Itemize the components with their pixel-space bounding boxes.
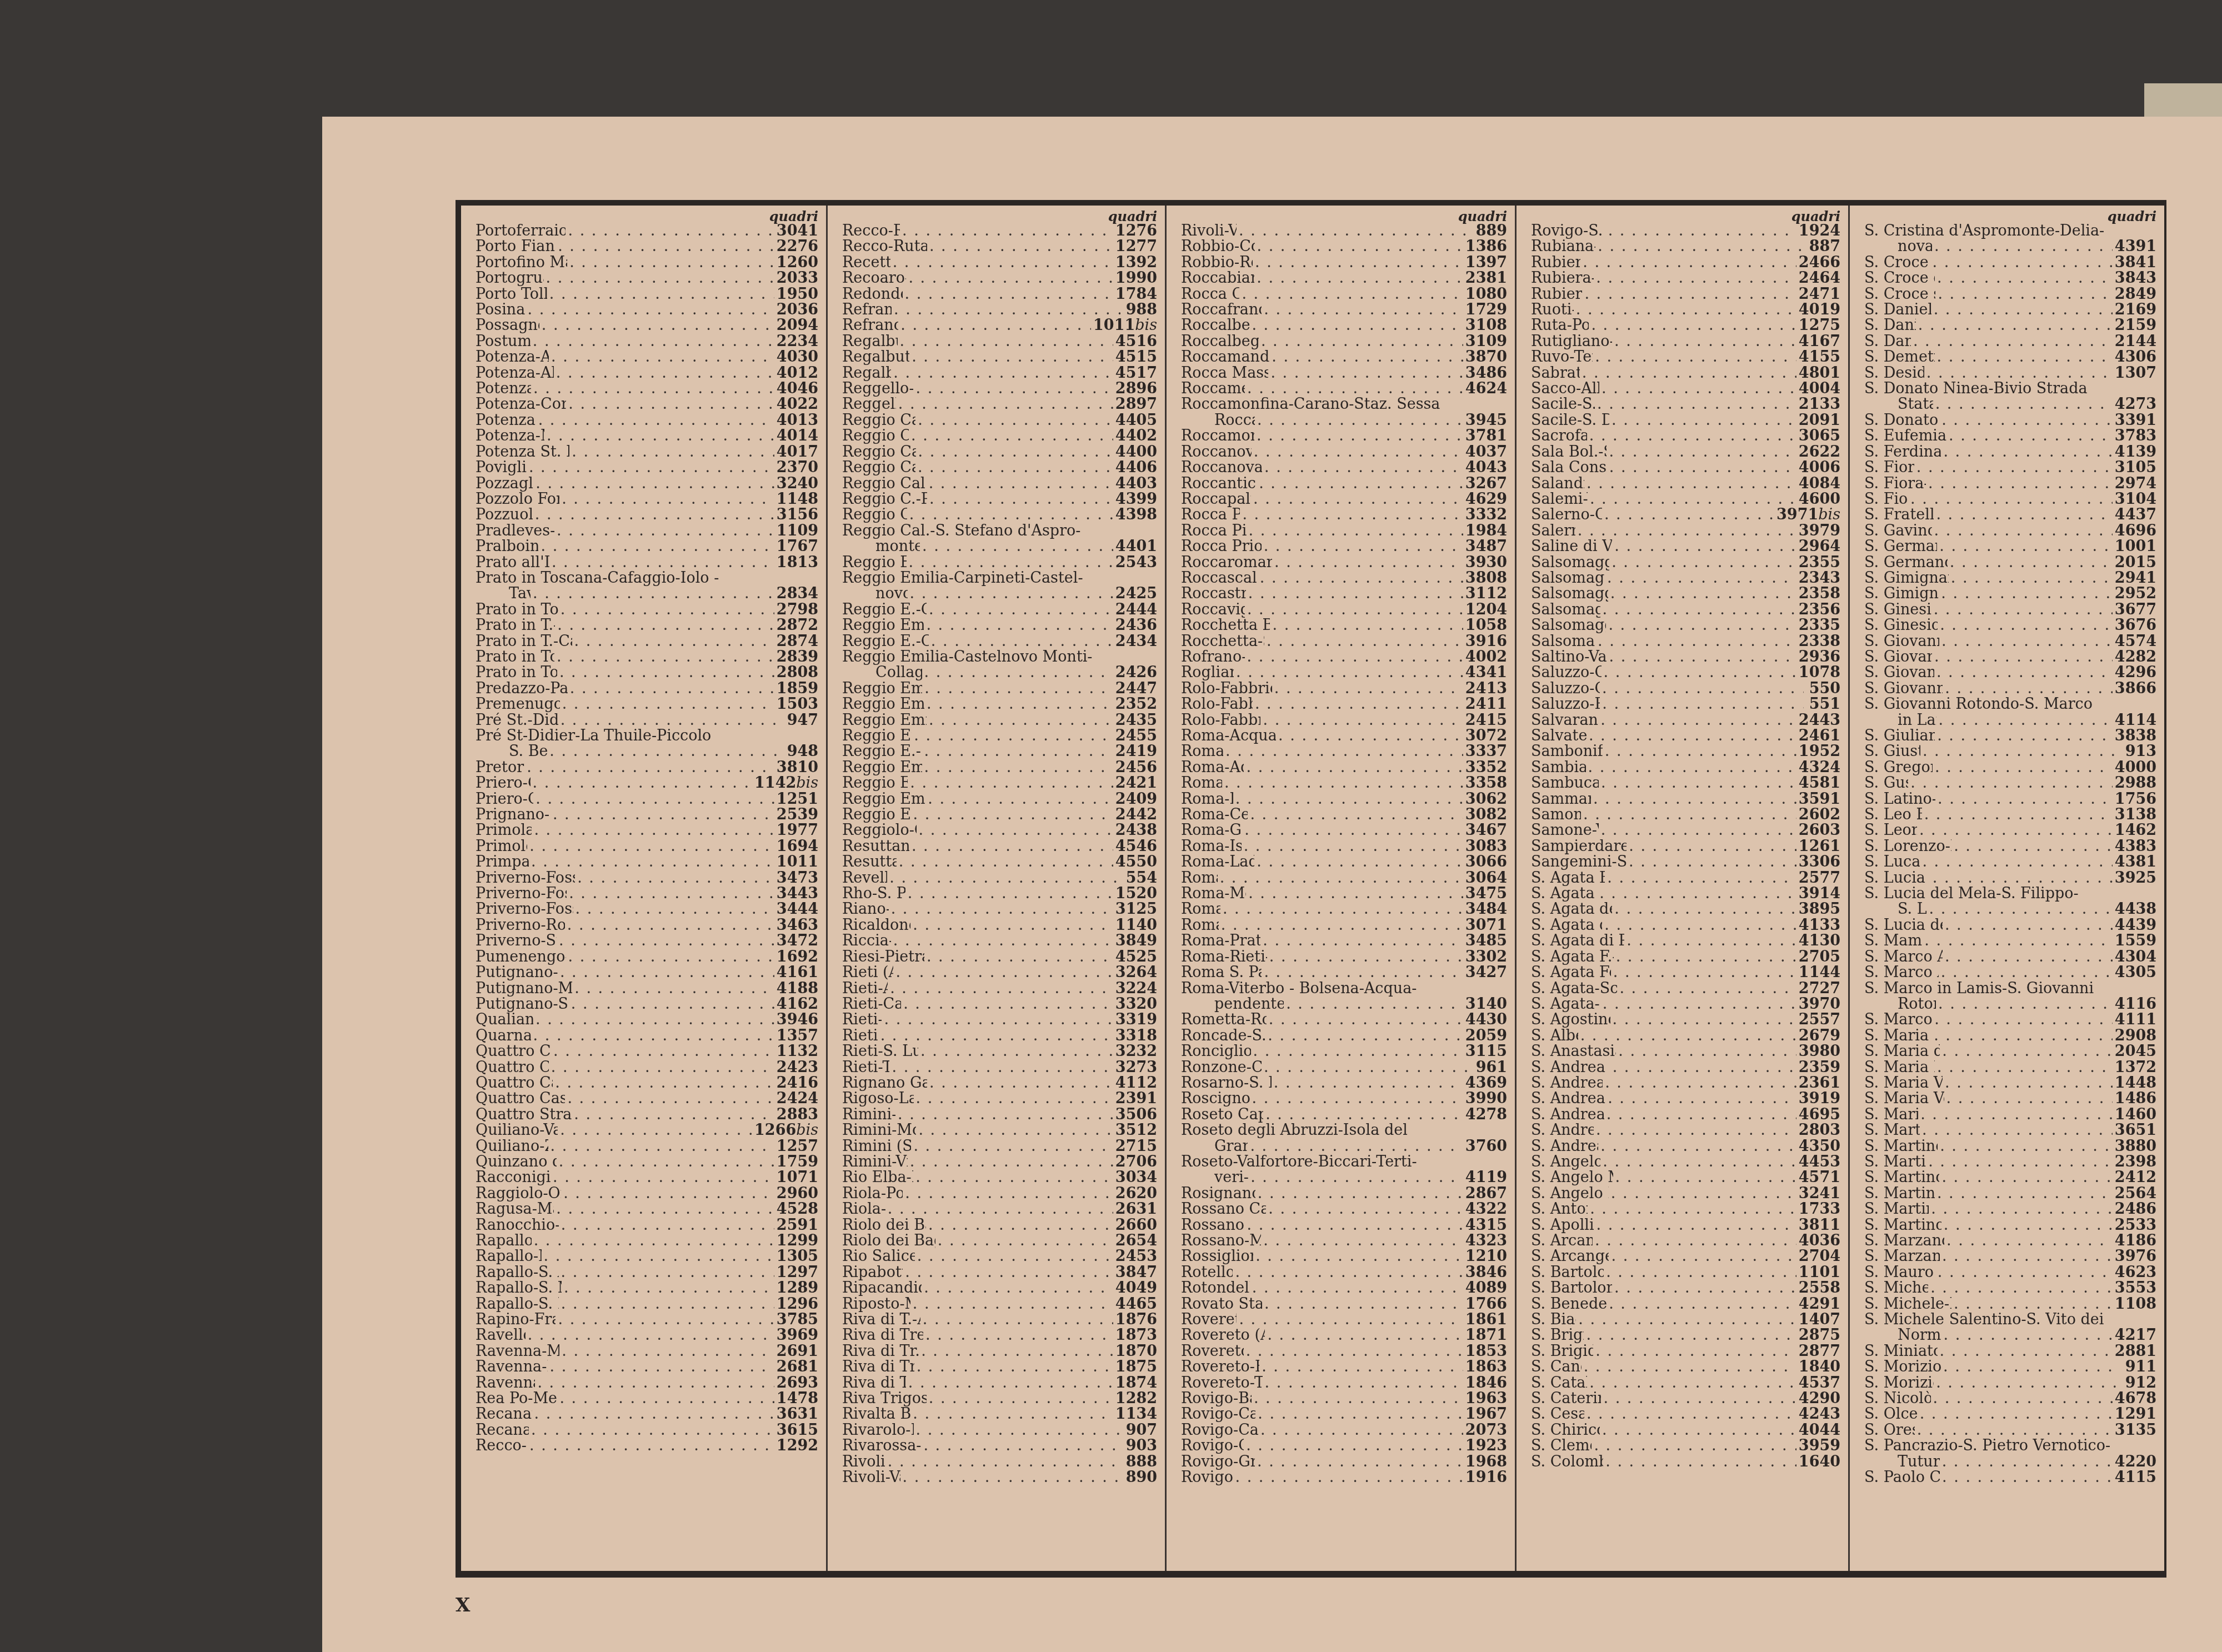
dot-leader	[1604, 665, 1796, 680]
index-entry: S. Giovanni in Fiore-Cariati4282	[1864, 649, 2156, 665]
dot-leader	[553, 807, 774, 823]
table-number-value: 1078	[1799, 664, 1840, 681]
index-entry: Tavola2834	[476, 586, 818, 602]
table-number-value: 3332	[1465, 506, 1507, 523]
dot-leader	[917, 1249, 1113, 1264]
entry-route-name: S. Antonio-Bagolino	[1531, 1202, 1588, 1217]
index-entry: Prato in T.-Campi Bisenzio2872	[476, 618, 818, 633]
dot-leader	[898, 1107, 1113, 1123]
table-number-value: 2681	[777, 1358, 818, 1375]
entry-route-name: Portofino Mare-S. Margherita L.	[476, 255, 567, 271]
index-entry: Rovigo-Capitello-Villadose1967	[1181, 1406, 1507, 1422]
table-number-value: 3651	[2115, 1122, 2156, 1139]
entry-route-name: Poviglio-Parma	[476, 460, 527, 475]
index-entry: S. Chirico Nuovo-Potenza4044	[1531, 1423, 1840, 1438]
index-entry: Salandra-Stazione4084	[1531, 476, 1840, 492]
dot-leader	[1220, 870, 1463, 886]
entry-route-name: Rossano-Longobucco	[1181, 1218, 1245, 1233]
entry-table-number: 2808	[777, 665, 818, 680]
index-entry: Reggio Emilia-Monticelli Terme2352	[842, 697, 1157, 712]
entry-table-number: 3071	[1465, 918, 1507, 933]
entry-route-name: Roma-Acqua Bullicante-Tor Sapienza	[1181, 728, 1276, 744]
index-entry: Riva di T.-Arco-Sarche-Trento1876	[842, 1312, 1157, 1328]
index-entry: Roma-Ladispoli-Cerveteri3066	[1181, 854, 1507, 870]
entry-route-name: Ronzone-Casale Monferrato	[1181, 1060, 1262, 1075]
dot-leader	[1250, 807, 1463, 823]
dot-leader	[1945, 1075, 2113, 1091]
index-entry: Potenza-Corleto Pertic.-Spinoso4022	[476, 397, 818, 412]
table-number-value: 4304	[2115, 948, 2156, 965]
index-entry: Samone-Bologna2602	[1531, 807, 1840, 823]
table-number-value: 1132	[777, 1043, 818, 1060]
dot-leader	[1941, 634, 2113, 649]
table-number-value: 1874	[1115, 1374, 1157, 1391]
entry-table-number: 4002	[1465, 649, 1507, 665]
table-number-value: 4383	[2115, 838, 2156, 855]
entry-table-number: 4695	[1799, 1107, 1840, 1123]
table-number-value: 2091	[1799, 412, 1840, 429]
dot-leader	[1589, 728, 1796, 744]
table-number-value: 2706	[1115, 1153, 1157, 1170]
entry-table-number: 3990	[1465, 1091, 1507, 1107]
entry-route-name: S. Olcese-Bolzaneto	[1864, 1406, 1918, 1422]
entry-table-number: 4278	[1465, 1107, 1507, 1123]
dot-leader	[1274, 1075, 1463, 1091]
index-entry: Priverno-Roccasecca dei Volsci3463	[476, 918, 818, 933]
index-entry: Pozzaglia-Orvinio3240	[476, 476, 818, 492]
table-number-value: 4217	[2115, 1326, 2156, 1344]
index-entry: S. Martino in Pensilis-Stazione3880	[1864, 1139, 2156, 1154]
entry-route-name: Samone-Vignola-Modena	[1531, 823, 1599, 838]
index-entry: Riola-Porretta Terme2620	[842, 1186, 1157, 1202]
dot-leader	[533, 381, 774, 397]
table-number-value: 1260	[777, 254, 818, 271]
table-number-value: 4546	[1115, 838, 1157, 855]
index-entry: Portofino Mare-S. Margherita L.1260	[476, 255, 818, 271]
entry-route-name: S. Latino-Cornaleto-Cremona	[1864, 792, 1935, 807]
index-entry: Sambiase-Nicastro4324	[1531, 760, 1840, 775]
entry-route-name: S. Maria di Sala-Mestre-Venezia	[1864, 1044, 1940, 1059]
dot-leader	[1935, 760, 2113, 775]
dot-leader	[1944, 1328, 2113, 1343]
table-number-value: 4695	[1799, 1106, 1840, 1123]
table-number-value: 4044	[1799, 1421, 1840, 1439]
dot-leader	[531, 1423, 774, 1438]
index-entry: Rapallo-Chiavari1299	[476, 1233, 818, 1249]
entry-route-name: Reggio Cal.-Lido-Tremulini	[842, 460, 915, 475]
dot-leader	[556, 366, 774, 381]
entry-table-number: 4323	[1465, 1233, 1507, 1249]
index-entry: Rotello-Stazione3846	[1181, 1265, 1507, 1280]
entry-route-name: S. Mamette-Menaggio	[1864, 933, 1922, 949]
index-entry: Roseto degli Abruzzi-Isola del	[1181, 1123, 1507, 1138]
dot-leader	[1589, 1375, 1796, 1391]
dot-leader	[1605, 1075, 1796, 1091]
index-entry: Roma-Belvedere3062	[1181, 792, 1507, 807]
entry-route-name: Rogliano-Parenti	[1181, 665, 1234, 680]
entry-route-name: Roccanova-Pantano di Senise	[1181, 460, 1262, 475]
index-entry: Posina-Arsiero2036	[476, 302, 818, 318]
entry-table-number: 2849	[2115, 287, 2156, 302]
table-number-value: 2416	[777, 1074, 818, 1092]
index-table: quadri Portoferraio-S. Giov.-S. Martino3…	[456, 200, 2166, 1578]
index-entry: S. Morizio Canav.-Barbania912	[1864, 1375, 2156, 1391]
index-entry: nova-Bagnara4391	[1864, 239, 2156, 254]
entry-route-name: Rivoli-Valdellatorre	[842, 1470, 900, 1485]
table-number-value: 1950	[777, 286, 818, 303]
entry-route-name: Ruvo-Terlizzi-Molfetta	[1531, 349, 1593, 365]
dot-leader	[559, 1391, 774, 1406]
table-number-value: 4119	[1465, 1169, 1507, 1186]
table-number-value: 4014	[777, 427, 818, 444]
dot-leader	[1264, 539, 1463, 554]
entry-route-name: Resuttano-Villalba	[842, 854, 897, 870]
entry-table-number: 4006	[1799, 460, 1840, 475]
entry-table-number: 1977	[777, 823, 818, 838]
table-number-value: 1397	[1465, 254, 1507, 271]
entry-route-name: Salsomaggiore-Poggio Diana	[1531, 618, 1606, 633]
index-entry: Rieti-Terminillo3273	[842, 1060, 1157, 1075]
entry-route-name: Riva di Tr.-Sarche-Campiglio	[842, 1344, 919, 1359]
entry-route-name: Revello-Barge	[842, 870, 887, 886]
index-entry: S. Demetrio Corone-Rossano4306	[1864, 349, 2156, 365]
entry-table-number: 1766	[1465, 1296, 1507, 1312]
index-entry: Rovereto-Ala-Avio1861	[1181, 1312, 1507, 1328]
dot-leader	[1597, 1218, 1796, 1233]
index-entry: Ronzone-Casale Monferrato961	[1181, 1060, 1507, 1075]
entry-route-name: S. Agostino-Casumaro-Bologna	[1531, 1012, 1610, 1028]
table-number-value: 2705	[1799, 948, 1840, 965]
index-entry: Sala Bol.-S. Giovanni in Pers.2622	[1531, 444, 1840, 460]
index-entry: Roma-Pratica-Torre Vaianica3485	[1181, 933, 1507, 949]
bis-suffix: bis	[796, 1122, 818, 1139]
entry-table-number: 2952	[2115, 586, 2156, 602]
entry-route-name: Reggio Emilia-Vezzano-Montalto	[842, 792, 925, 807]
dot-leader	[1615, 1170, 1796, 1185]
dot-leader	[1609, 460, 1796, 475]
index-entry: S. Giovanni in Galdo-Campobasso3866	[1864, 681, 2156, 697]
dot-leader	[917, 1359, 1113, 1375]
dot-leader	[913, 1296, 1113, 1312]
entry-table-number: 3332	[1465, 507, 1507, 523]
entry-table-number: 3843	[2115, 271, 2156, 286]
dot-leader	[925, 1328, 1113, 1343]
table-number-value: 3990	[1465, 1090, 1507, 1107]
index-entry: S. Lucia St.4438	[1864, 902, 2156, 917]
table-number-value: 2834	[777, 585, 818, 602]
table-number-value: 2073	[1465, 1421, 1507, 1439]
entry-table-number: 1840	[1799, 1359, 1840, 1375]
bis-suffix: bis	[796, 774, 818, 792]
entry-table-number: 2872	[777, 618, 818, 633]
entry-table-number: 4162	[777, 997, 818, 1012]
dot-leader	[913, 1406, 1113, 1422]
entry-route-name: S. Martino in Rio-Reggio Emilia	[1864, 1170, 1939, 1185]
dot-leader	[1938, 997, 2113, 1012]
table-number-value: 4369	[1465, 1074, 1507, 1092]
table-number-value: 3444	[777, 900, 818, 918]
entry-table-number: 888	[1123, 1454, 1157, 1470]
entry-table-number: 4401	[1115, 539, 1157, 554]
entry-table-number: 4114	[2115, 713, 2156, 728]
table-number-value: 2654	[1115, 1232, 1157, 1249]
entry-table-number: 887	[1806, 239, 1840, 254]
table-number-value: 2411	[1465, 695, 1507, 713]
index-entry: Roma-Cesano di Roma3082	[1181, 807, 1507, 823]
index-entry: Redondesco-Piadena1784	[842, 287, 1157, 302]
entry-route-name: Sacrofano-Stazione	[1531, 428, 1587, 444]
entry-route-name: S. Alberto-Lugo	[1531, 1028, 1578, 1044]
entry-table-number: 3082	[1465, 807, 1507, 823]
dot-leader	[1936, 507, 2112, 523]
table-number-value: 1640	[1799, 1453, 1840, 1470]
entry-route-name: Rimini-Morciano-Mondaino	[842, 1123, 916, 1138]
entry-route-name: Roccaromana-Pietramelara-Riardo	[1181, 555, 1272, 570]
entry-table-number: 4624	[1465, 381, 1507, 397]
entry-table-number: 1767	[777, 539, 818, 554]
table-number-value: 1277	[1115, 238, 1157, 255]
entry-table-number: 3970	[1799, 997, 1840, 1012]
table-number-value: 4624	[1465, 380, 1507, 397]
table-number-value: 4116	[2115, 995, 2156, 1013]
entry-table-number: 2908	[2115, 1028, 2156, 1044]
bis-suffix: bis	[1135, 317, 1157, 334]
index-entry: Ravello-Amalfi3969	[476, 1328, 818, 1343]
entry-route-name: Rieti (Autovie di)	[842, 965, 893, 980]
index-entry: Recanati-Osimo3615	[476, 1423, 818, 1438]
index-entry: Roccamandolfi-Cantalupo Sannio3870	[1181, 349, 1507, 365]
table-number-value: 3841	[2115, 254, 2156, 271]
entry-route-name: Regalbuto-Enna	[842, 366, 891, 381]
index-entry: Saluzzo-Cavallermaggiore1078	[1531, 665, 1840, 680]
entry-table-number: 4525	[1115, 949, 1157, 965]
table-number-value: 3083	[1465, 838, 1507, 855]
index-entry: S. Martino in Rio-Reggio Emilia2412	[1864, 1170, 2156, 1185]
index-entry: Regalbuto-Catenanuova4515	[842, 349, 1157, 365]
table-number-value: 3135	[2115, 1421, 2156, 1439]
dot-leader	[1954, 839, 2113, 854]
index-entry: S. Maria di Sala-Mestre-Venezia2045	[1864, 1044, 2156, 1059]
index-entry: Rivoli-Valdellatorre890	[842, 1470, 1157, 1485]
entry-table-number: 1204	[1465, 602, 1507, 618]
dot-leader	[929, 1391, 1113, 1406]
entry-table-number: 1694	[777, 839, 818, 854]
entry-route-name: Roccascalegna-Altino Staz.	[1181, 570, 1258, 586]
entry-table-number: 2091	[1799, 413, 1840, 428]
entry-route-name: S. Marco in Lamis-Stazione	[1864, 1012, 1932, 1028]
dot-leader	[928, 792, 1113, 807]
index-entry: S. Brigida-Pontassieve2877	[1531, 1344, 1840, 1359]
entry-route-name: Rolo-Fabbrico-Reggio Emilia	[1181, 713, 1260, 728]
dot-leader	[1588, 760, 1796, 775]
entry-table-number: 2442	[1115, 807, 1157, 823]
dot-leader	[1629, 854, 1796, 870]
dot-leader	[570, 681, 774, 697]
dot-leader	[534, 1406, 774, 1422]
entry-table-number: 3138	[2115, 807, 2156, 823]
table-number-value: 2443	[1799, 712, 1840, 729]
entry-table-number: 3914	[1799, 886, 1840, 902]
dot-leader	[1252, 318, 1463, 333]
entry-table-number: 4801	[1799, 366, 1840, 381]
entry-route-name: S. Candido-Sesto	[1531, 1359, 1582, 1375]
entry-table-number: 2434	[1115, 634, 1157, 649]
table-number-value: 1977	[777, 822, 818, 839]
index-entry: novo Monti2425	[842, 586, 1157, 602]
dot-leader	[549, 287, 774, 302]
dot-leader	[905, 1265, 1113, 1280]
dot-leader	[1922, 854, 2112, 870]
index-entry: Roma-Nemi3484	[1181, 902, 1507, 917]
entry-route-name: Sacile-S. Donà-Iesolo Spiaggia	[1531, 413, 1609, 428]
entry-route-name: Reggio Calabria-Cannitello	[842, 413, 915, 428]
table-number-value: 4398	[1115, 506, 1157, 523]
index-entry: Prato in Toscana-Cafaggio-Iolo -	[476, 570, 818, 586]
entry-route-name: Prato in Toscana-Cafaggio-Iolo -	[476, 570, 719, 586]
dot-leader	[924, 760, 1113, 775]
entry-table-number: 3512	[1115, 1123, 1157, 1138]
entry-table-number: 3444	[777, 902, 818, 917]
dot-leader	[1261, 334, 1463, 349]
entry-table-number: 1407	[1799, 1312, 1840, 1328]
index-entry: Riposto-Macchia-S. Alfio4465	[842, 1296, 1157, 1312]
dot-leader	[927, 949, 1113, 965]
table-number-value: 2352	[1115, 695, 1157, 713]
table-number-value: 4043	[1465, 459, 1507, 476]
entry-table-number: 1871	[1465, 1328, 1507, 1343]
entry-table-number: 4515	[1115, 349, 1157, 365]
index-entry: S. Fiora-Arcidosso3105	[1864, 460, 2156, 475]
entry-route-name: Rovereto (Autovie Roveretane)	[1181, 1328, 1265, 1343]
entry-route-name: S. Giusto-S. Benigno	[1864, 744, 1920, 759]
index-entry: Sampierdarena per Castagna e Coronata126…	[1531, 839, 1840, 854]
entry-table-number: 2681	[777, 1359, 818, 1375]
entry-route-name: Recco-Chiavari	[476, 1438, 527, 1454]
entry-table-number: 2557	[1799, 1012, 1840, 1028]
entry-table-number: 2453	[1115, 1249, 1157, 1264]
table-number-value: 4537	[1799, 1374, 1840, 1391]
entry-table-number: 4581	[1799, 775, 1840, 791]
table-number-value: 2693	[777, 1374, 818, 1391]
table-number-value: 2872	[777, 617, 818, 634]
table-number-value: 3811	[1799, 1217, 1840, 1234]
index-entry: Rossano Calabro-Rossano Staz.4322	[1181, 1202, 1507, 1217]
index-entry: S. Lorenzo-Melito-Bagaladi-Ponte-Jelasi4…	[1864, 839, 2156, 854]
entry-table-number: 3241	[1799, 1186, 1840, 1202]
entry-table-number: 1011bis	[1093, 318, 1157, 333]
entry-table-number: 4014	[777, 428, 818, 444]
dot-leader	[563, 1186, 774, 1202]
entry-table-number: 554	[1123, 870, 1157, 886]
entry-route-name: Potenza-Acerenza-Melfi	[476, 349, 549, 365]
dot-leader	[908, 271, 1113, 286]
index-entry: Postumia-Grotte2234	[476, 334, 818, 349]
dot-leader	[920, 1044, 1113, 1059]
index-entry: Sacco-Albanella Stazione4004	[1531, 381, 1840, 397]
table-number-value: 1766	[1465, 1295, 1507, 1313]
entry-table-number: 1291	[2115, 1406, 2156, 1422]
table-number-value: 1984	[1465, 522, 1507, 539]
dot-leader	[1258, 1406, 1463, 1422]
index-entry: Priverno-Fossanova-Staz. Fossanova3473	[476, 870, 818, 886]
entry-route-name: Roma-Aquila-Assergi	[1181, 760, 1244, 775]
entry-route-name: Gran Sasso	[1181, 1139, 1248, 1154]
table-number-value: 4112	[1115, 1074, 1157, 1092]
table-number-value: 4291	[1799, 1295, 1840, 1313]
dot-leader	[890, 981, 1113, 997]
table-number-value: 1503	[777, 695, 818, 713]
index-entry: Rolo-Fabbrico-Cognento-Reggio E.2413	[1181, 681, 1507, 697]
entry-table-number: 947	[784, 713, 818, 728]
entry-table-number: 1011	[777, 854, 818, 870]
table-number-value: 3783	[2115, 427, 2156, 444]
table-number-value: 2557	[1799, 1011, 1840, 1028]
table-number-value: 3484	[1465, 900, 1507, 918]
entry-table-number: 988	[1123, 302, 1157, 318]
entry-route-name: Porto Tolle-Gnocchetta	[476, 287, 547, 302]
entry-table-number: 1923	[1465, 1438, 1507, 1454]
dot-leader	[1616, 949, 1796, 965]
index-entry: Rio Elba-Rio Marina-Cavo3034	[842, 1170, 1157, 1185]
entry-route-name: Pradleves-Caraglio-Cuneo	[476, 523, 554, 539]
table-number-value: 1148	[777, 490, 818, 508]
entry-route-name: Rotello-Stazione	[1181, 1265, 1233, 1280]
table-number-value: 1559	[2115, 932, 2156, 949]
entry-table-number: 3870	[1465, 349, 1507, 365]
entry-route-name: Raggiolo-Ortignano-Bibbiena	[476, 1186, 561, 1202]
table-number-value: 4322	[1465, 1200, 1507, 1218]
table-number-value: 1520	[1115, 885, 1157, 902]
table-number-value: 4350	[1799, 1138, 1840, 1155]
index-entry: Rolo-Fabbrico-Reggio Emilia2415	[1181, 713, 1507, 728]
dot-leader	[560, 713, 782, 728]
index-column-2: quadri Recco-Ruta-Rapallo1276Recco-Ruta-…	[828, 206, 1167, 1571]
dot-leader	[1629, 839, 1796, 854]
table-number-value: 4167	[1799, 333, 1840, 350]
entry-route-name: Ravenna-Cimitero	[476, 1375, 535, 1391]
table-number-value: 4305	[2115, 964, 2156, 981]
entry-table-number: 1863	[1465, 1359, 1507, 1375]
index-entry: Roccamena-Corleone4624	[1181, 381, 1507, 397]
dot-leader	[567, 918, 774, 933]
index-entry: Rovereto-Brentonico1853	[1181, 1344, 1507, 1359]
entry-route-name: Rutigliano-Noicattaro-Torre Pel.	[1531, 334, 1612, 349]
entry-table-number: 2411	[1465, 697, 1507, 712]
table-number-value: 961	[1476, 1059, 1507, 1076]
dot-leader	[1265, 1375, 1463, 1391]
index-entry: Rapino-Francavilla a Mare3785	[476, 1312, 818, 1328]
entry-route-name: S. Eufemia-Caramanico-S. Valentino	[1864, 428, 1946, 444]
index-entry: Portoferraio-S. Giov.-S. Martino3041	[476, 223, 818, 239]
dot-leader	[557, 649, 774, 665]
table-number-value: 2631	[1115, 1200, 1157, 1218]
table-number-value: 3976	[2115, 1248, 2156, 1265]
table-number-value: 3472	[777, 932, 818, 949]
entry-table-number: 4030	[777, 349, 818, 365]
entry-route-name: Roma-Montecompatri	[1181, 886, 1246, 902]
dot-leader	[1939, 539, 2113, 554]
entry-table-number: 3391	[2115, 413, 2156, 428]
entry-route-name: S. Michele-Corinaldo-Jesi	[1864, 1280, 1928, 1296]
entry-table-number: 3979	[1799, 523, 1840, 539]
index-entry: Rutigliano-Noicattaro-Torre Pel.4167	[1531, 334, 1840, 349]
entry-route-name: Rocchetta Belbo-S. Stefano Belbo	[1181, 618, 1270, 633]
table-number-value: 2015	[2115, 554, 2156, 571]
entry-route-name: Ripabottoni-Stazione	[842, 1265, 903, 1280]
table-number-value: 2033	[777, 269, 818, 287]
entry-table-number: 903	[1123, 1438, 1157, 1454]
entry-table-number: 2361	[1799, 1075, 1840, 1091]
